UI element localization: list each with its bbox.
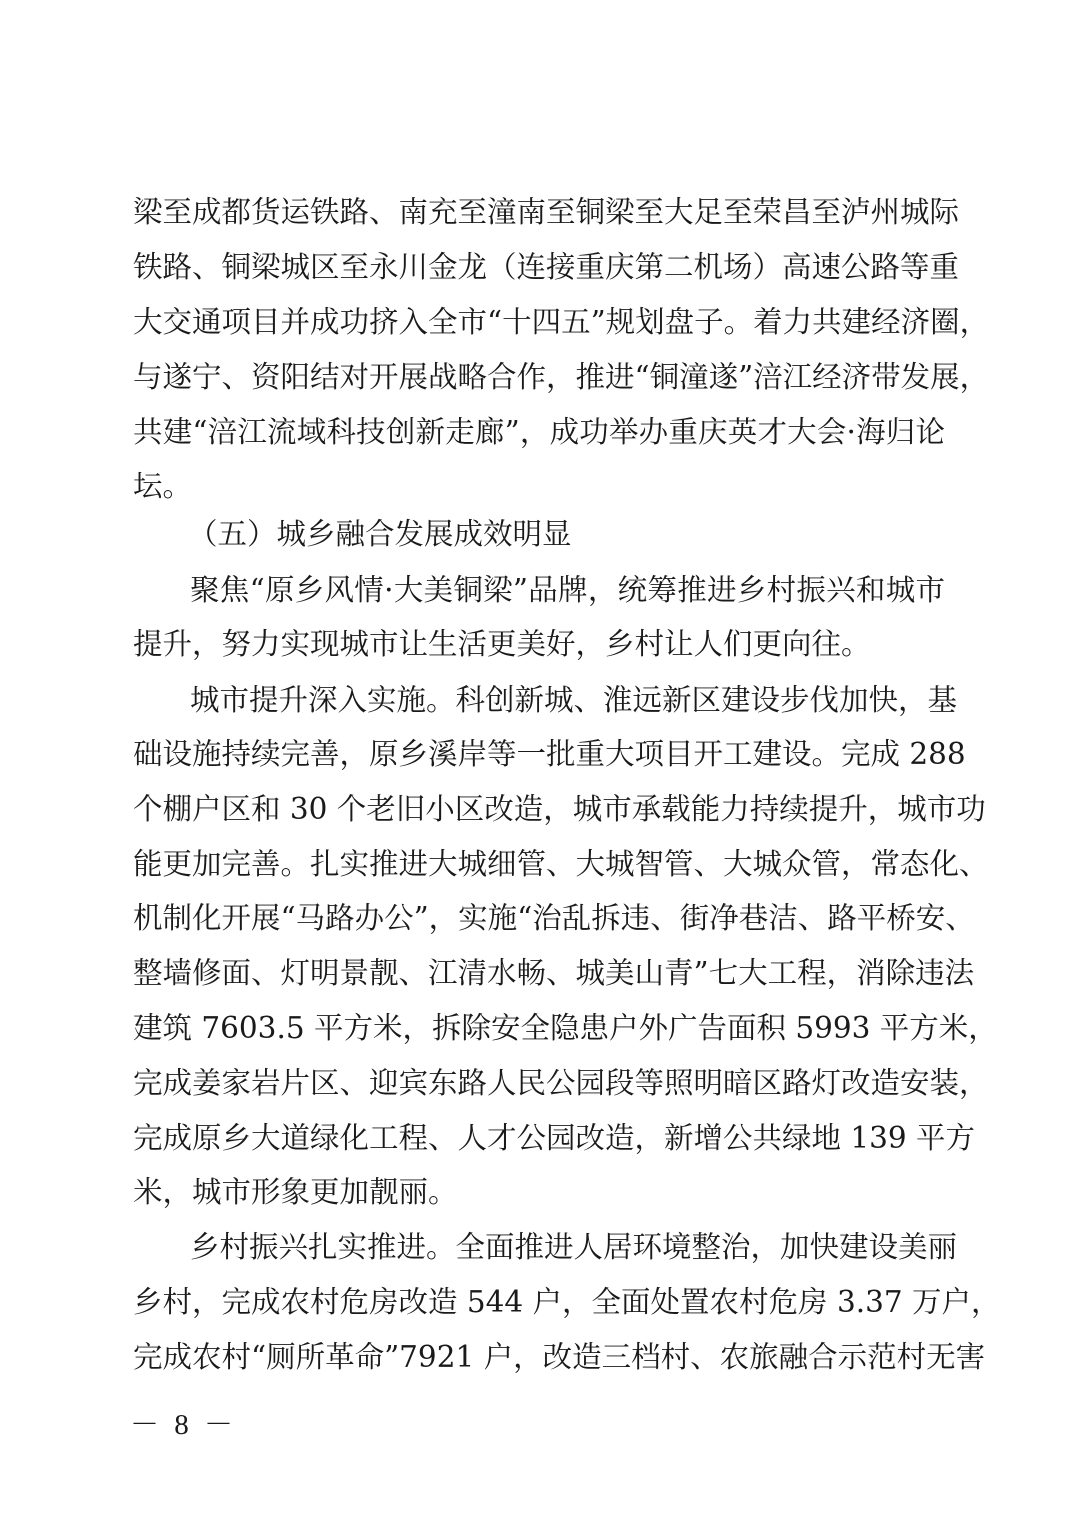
text-line: 础设施持续完善，原乡溪岸等一批重大项目开工建设。完成 288 — [133, 734, 945, 774]
text-line: 乡村振兴扎实推进。全面推进人居环境整治，加快建设美丽 — [190, 1227, 945, 1267]
text-line: 能更加完善。扎实推进大城细管、大城智管、大城众管，常态化、 — [133, 844, 945, 884]
text-line: 共建“涪江流域科技创新走廊”，成功举办重庆英才大会·海归论 — [133, 412, 945, 452]
text-line: 聚焦“原乡风情·大美铜梁”品牌，统筹推进乡村振兴和城市 — [190, 570, 945, 610]
document-page: 梁至成都货运铁路、南充至潼南至铜梁至大足至荣昌至泸州城际 铁路、铜梁城区至永川金… — [0, 0, 1074, 1520]
text-line: 完成姜家岩片区、迎宾东路人民公园段等照明暗区路灯改造安装， — [133, 1063, 945, 1103]
text-line: 梁至成都货运铁路、南充至潼南至铜梁至大足至荣昌至泸州城际 — [133, 192, 945, 232]
text-line: 提升，努力实现城市让生活更美好，乡村让人们更向往。 — [133, 624, 945, 664]
text-line: 城市提升深入实施。科创新城、淮远新区建设步伐加快，基 — [190, 680, 945, 720]
text-line: 乡村，完成农村危房改造 544 户，全面处置农村危房 3.37 万户， — [133, 1282, 945, 1322]
text-line: 铁路、铜梁城区至永川金龙（连接重庆第二机场）高速公路等重 — [133, 247, 945, 287]
section-heading: （五）城乡融合发展成效明显 — [188, 514, 943, 554]
text-line: 与遂宁、资阳结对开展战略合作，推进“铜潼遂”涪江经济带发展， — [133, 357, 945, 397]
text-line: 完成原乡大道绿化工程、人才公园改造，新增公共绿地 139 平方 — [133, 1118, 945, 1158]
text-line: 建筑 7603.5 平方米，拆除安全隐患户外广告面积 5993 平方米， — [133, 1008, 945, 1048]
text-line: 整墙修面、灯明景靓、江清水畅、城美山青”七大工程，消除违法 — [133, 953, 945, 993]
text-line: 大交通项目并成功挤入全市“十四五”规划盘子。着力共建经济圈， — [133, 302, 945, 342]
page-number: － 8 － — [130, 1402, 237, 1443]
text-line: 个棚户区和 30 个老旧小区改造，城市承载能力持续提升，城市功 — [133, 789, 945, 829]
text-line: 机制化开展“马路办公”，实施“治乱拆违、街净巷洁、路平桥安、 — [133, 898, 945, 938]
text-line: 完成农村“厕所革命”7921 户，改造三档村、农旅融合示范村无害 — [133, 1337, 945, 1377]
text-line: 坛。 — [133, 466, 945, 506]
text-line: 米，城市形象更加靓丽。 — [133, 1172, 945, 1212]
